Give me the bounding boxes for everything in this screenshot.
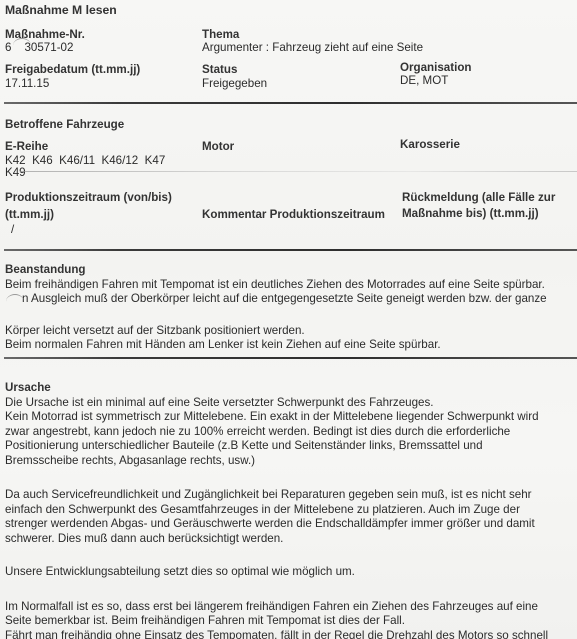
cause-line: schwerer. Dies muß dann auch berücksicht… xyxy=(5,532,575,547)
document-title: Maßnahme M lesen xyxy=(5,4,117,17)
cause-line: Bremsscheibe rechts, Abgasanlage rechts,… xyxy=(5,454,575,469)
cause-blank-line xyxy=(5,580,575,600)
release-date-label: Freigabedatum (tt.mm.jj) xyxy=(5,63,140,76)
complaint-line: Beim normalen Fahren mit Händen am Lenke… xyxy=(5,338,575,353)
production-comment-label: Kommentar Produktionszeitraum xyxy=(202,208,385,221)
punch-hole-mark xyxy=(13,38,31,53)
series-line-2: K49 xyxy=(5,166,26,179)
feedback-label-line-1: Rückmeldung (alle Fälle zur xyxy=(402,191,555,204)
engine-label: Motor xyxy=(202,140,234,153)
body-label: Karosserie xyxy=(400,138,460,151)
punch-hole-mark xyxy=(6,294,24,309)
organisation-label: Organisation xyxy=(400,61,472,74)
cause-line: Da auch Servicefreundlichkeit und Zugäng… xyxy=(5,488,575,503)
cause-line: Unsere Entwicklungsabteilung setzt dies … xyxy=(5,565,575,580)
complaint-section: Beanstandung Beim freihändigen Fahren mi… xyxy=(5,263,575,353)
organisation-value: DE, MOT xyxy=(400,74,448,87)
cause-line: Die Ursache ist ein minimal auf eine Sei… xyxy=(5,396,575,411)
complaint-line: Körper leicht versetzt auf der Sitzbank … xyxy=(5,324,575,339)
feedback-label-line-2: Maßnahme bis) (tt.mm.jj) xyxy=(402,207,539,220)
cause-line: Fährt man freihändig ohne Einsatz des Te… xyxy=(5,629,575,639)
cause-title: Ursache xyxy=(5,381,575,396)
cause-line: Kein Motorrad ist symmetrisch zur Mittel… xyxy=(5,410,575,425)
topic-value: Argumenter : Fahrzeug zieht auf eine Sei… xyxy=(202,41,423,54)
vehicles-section-title: Betroffene Fahrzeuge xyxy=(5,118,124,131)
production-period-format: (tt.mm.jj) xyxy=(5,208,54,221)
series-label: E-Reihe xyxy=(5,140,48,153)
scanned-page: Maßnahme M lesen Maßnahme-Nr. 630571-02 … xyxy=(0,0,577,639)
measure-no-suffix: 30571-02 xyxy=(24,41,73,54)
cause-line: zwar angestrebt, kann jedoch nie zu 100%… xyxy=(5,425,575,440)
complaint-blank-line xyxy=(5,307,575,324)
complaint-line: n Ausgleich muß der Oberkörper leicht au… xyxy=(5,292,575,307)
section-divider xyxy=(4,357,577,359)
cause-line: Seite bemerkbar ist. Beim freihändigen F… xyxy=(5,614,575,629)
cause-section: Ursache Die Ursache ist ein minimal auf … xyxy=(5,381,575,639)
cause-line: Im Normalfall ist es so, dass erst bei l… xyxy=(5,600,575,615)
cause-line: strenger werdenden Abgas- und Geräuschwe… xyxy=(5,517,575,532)
complaint-line: Beim freihändigen Fahren mit Tempomat is… xyxy=(5,278,575,293)
release-date-value: 17.11.15 xyxy=(5,77,49,90)
paper-fold-crease xyxy=(20,171,577,172)
status-value: Freigegeben xyxy=(202,77,267,90)
measure-no-prefix: 6 xyxy=(5,41,11,54)
section-divider xyxy=(4,249,577,251)
cause-line: Positionierung unterschiedlicher Bauteil… xyxy=(5,439,575,454)
status-label: Status xyxy=(202,63,237,76)
topic-label: Thema xyxy=(202,28,239,41)
production-period-value: / xyxy=(11,223,14,236)
production-period-label: Produktionszeitraum (von/bis) xyxy=(5,191,172,204)
cause-line: einfach den Schwerpunkt des Gesamtfahrze… xyxy=(5,503,575,518)
complaint-title: Beanstandung xyxy=(5,263,575,278)
series-line-1: K42 K46 K46/11 K46/12 K47 xyxy=(5,154,165,167)
cause-blank-line xyxy=(5,468,575,488)
section-divider xyxy=(4,102,577,104)
cause-blank-line xyxy=(5,546,575,565)
